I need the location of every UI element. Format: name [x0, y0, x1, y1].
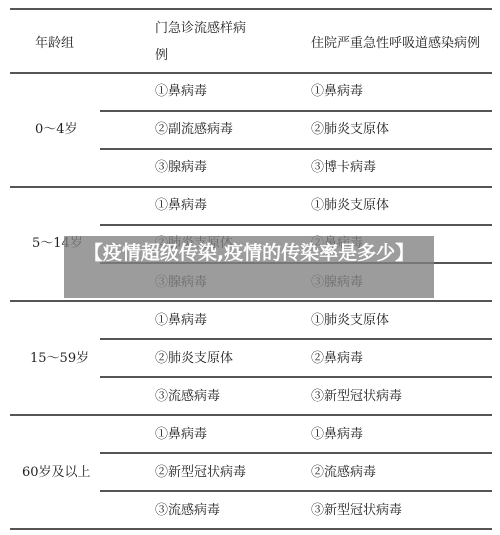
outpatient-cell: ②副流感病毒 [155, 122, 233, 138]
outpatient-cell: ③流感病毒 [155, 503, 220, 519]
outpatient-cell: ③腺病毒 [155, 160, 207, 176]
group-divider [10, 186, 492, 188]
row-divider [100, 338, 492, 340]
inpatient-cell: ③新型冠状病毒 [311, 389, 402, 405]
inpatient-cell: ①鼻病毒 [311, 84, 363, 100]
inpatient-cell: ①鼻病毒 [311, 427, 363, 443]
row-divider [100, 148, 492, 150]
outpatient-cell: ①鼻病毒 [155, 427, 207, 443]
age-group-label: 0～4岁 [35, 122, 78, 138]
outpatient-cell: ①鼻病毒 [155, 84, 207, 100]
outpatient-cell: ①鼻病毒 [155, 198, 207, 214]
group-divider [10, 414, 492, 416]
outpatient-cell: ②肺炎支原体 [155, 351, 233, 367]
row-divider [100, 110, 492, 112]
table-bottom-rule [10, 528, 492, 530]
row-divider [100, 490, 492, 492]
inpatient-cell: ②鼻病毒 [311, 351, 363, 367]
row-divider [100, 376, 492, 378]
group-divider [10, 300, 492, 302]
row-divider [100, 452, 492, 454]
outpatient-cell: ②新型冠状病毒 [155, 465, 246, 481]
inpatient-cell: ③博卡病毒 [311, 160, 376, 176]
outpatient-cell: ③流感病毒 [155, 389, 220, 405]
age-group-label: 60岁及以上 [22, 465, 91, 481]
header-inpatient: 住院严重急性呼吸道感染病例 [311, 36, 480, 52]
header-bottom-rule [10, 72, 492, 74]
inpatient-cell: ②肺炎支原体 [311, 122, 389, 138]
header-outpatient-line1: 门急诊流感样病 [155, 21, 246, 37]
table-top-rule [10, 8, 492, 10]
age-group-label: 15～59岁 [30, 351, 89, 367]
title-overlay: 【疫情超级传染,疫情的传染率是多少】 [64, 236, 434, 298]
inpatient-cell: ①肺炎支原体 [311, 198, 389, 214]
overlay-title: 【疫情超级传染,疫情的传染率是多少】 [64, 240, 434, 267]
row-divider [100, 224, 492, 226]
header-age-group: 年龄组 [35, 36, 74, 52]
outpatient-cell: ①鼻病毒 [155, 313, 207, 329]
header-outpatient-line2: 例 [155, 48, 168, 64]
inpatient-cell: ①肺炎支原体 [311, 313, 389, 329]
inpatient-cell: ③新型冠状病毒 [311, 503, 402, 519]
inpatient-cell: ②流感病毒 [311, 465, 376, 481]
